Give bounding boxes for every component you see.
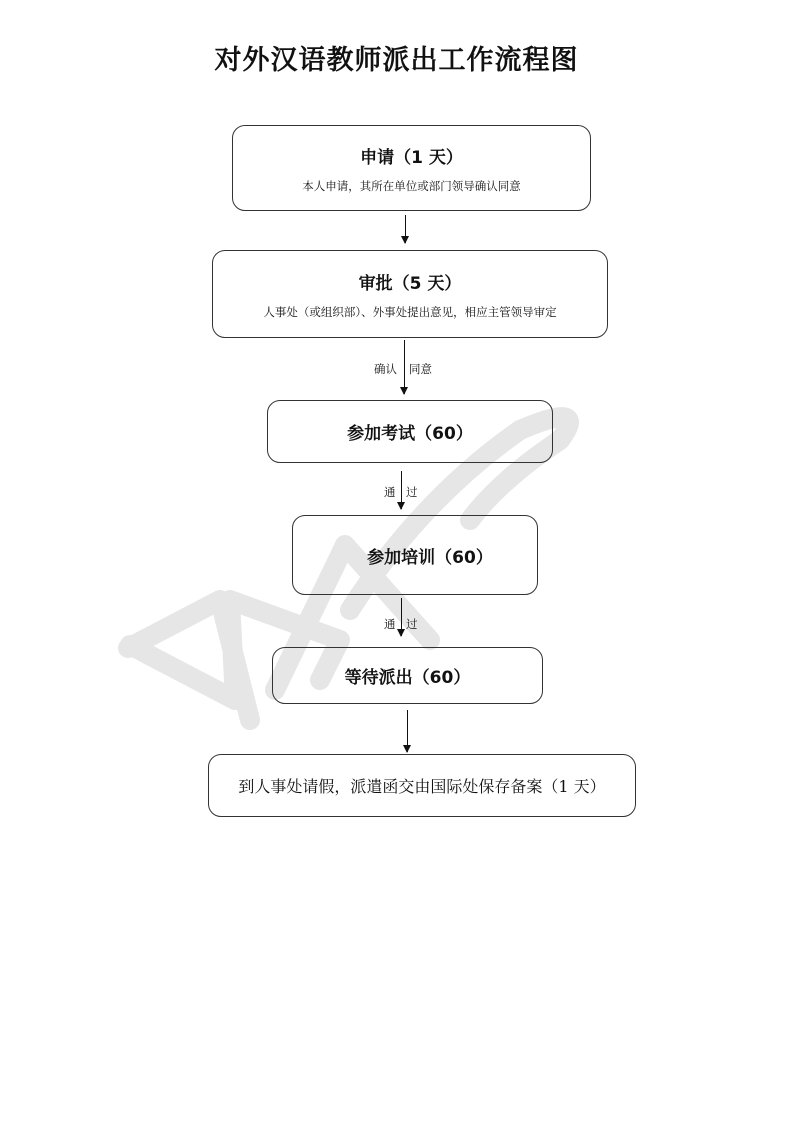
connector-label-left: 通: [384, 484, 396, 500]
step-approve-detail: 人事处（或组织部）、外事处提出意见，相应主管领导审定: [263, 304, 556, 320]
arrow-down-icon: [405, 215, 406, 243]
connector-label-left: 确认: [374, 361, 397, 377]
step-leave-filing-heading: 到人事处请假，派遣函交由国际处保存备案（1 天）: [238, 774, 605, 797]
step-waiting-heading: 等待派出（60）: [345, 663, 471, 688]
arrow-down-icon: [404, 340, 405, 394]
arrow-down-icon: [407, 710, 408, 752]
step-apply-detail: 本人申请，其所在单位或部门领导确认同意: [302, 178, 521, 194]
arrow-down-icon: [401, 598, 402, 636]
connector-label-right: 过: [406, 616, 418, 632]
arrow-down-icon: [401, 471, 402, 509]
step-training-box: 参加培训（60）: [292, 515, 538, 595]
step-apply-box: 申请（1 天） 本人申请，其所在单位或部门领导确认同意: [232, 125, 591, 211]
step-waiting-box: 等待派出（60）: [272, 647, 543, 704]
connector-label-left: 通: [384, 616, 396, 632]
connector-label-right: 过: [406, 484, 418, 500]
step-leave-filing-box: 到人事处请假，派遣函交由国际处保存备案（1 天）: [208, 754, 636, 817]
page-title: 对外汉语教师派出工作流程图: [0, 38, 793, 77]
step-approve-heading: 审批（5 天）: [359, 269, 462, 294]
step-apply-heading: 申请（1 天）: [360, 143, 463, 168]
step-exam-heading: 参加考试（60）: [347, 419, 473, 444]
step-approve-box: 审批（5 天） 人事处（或组织部）、外事处提出意见，相应主管领导审定: [212, 250, 608, 338]
connector-label-right: 同意: [409, 361, 432, 377]
step-exam-box: 参加考试（60）: [267, 400, 553, 463]
step-training-heading: 参加培训（60）: [367, 543, 493, 568]
